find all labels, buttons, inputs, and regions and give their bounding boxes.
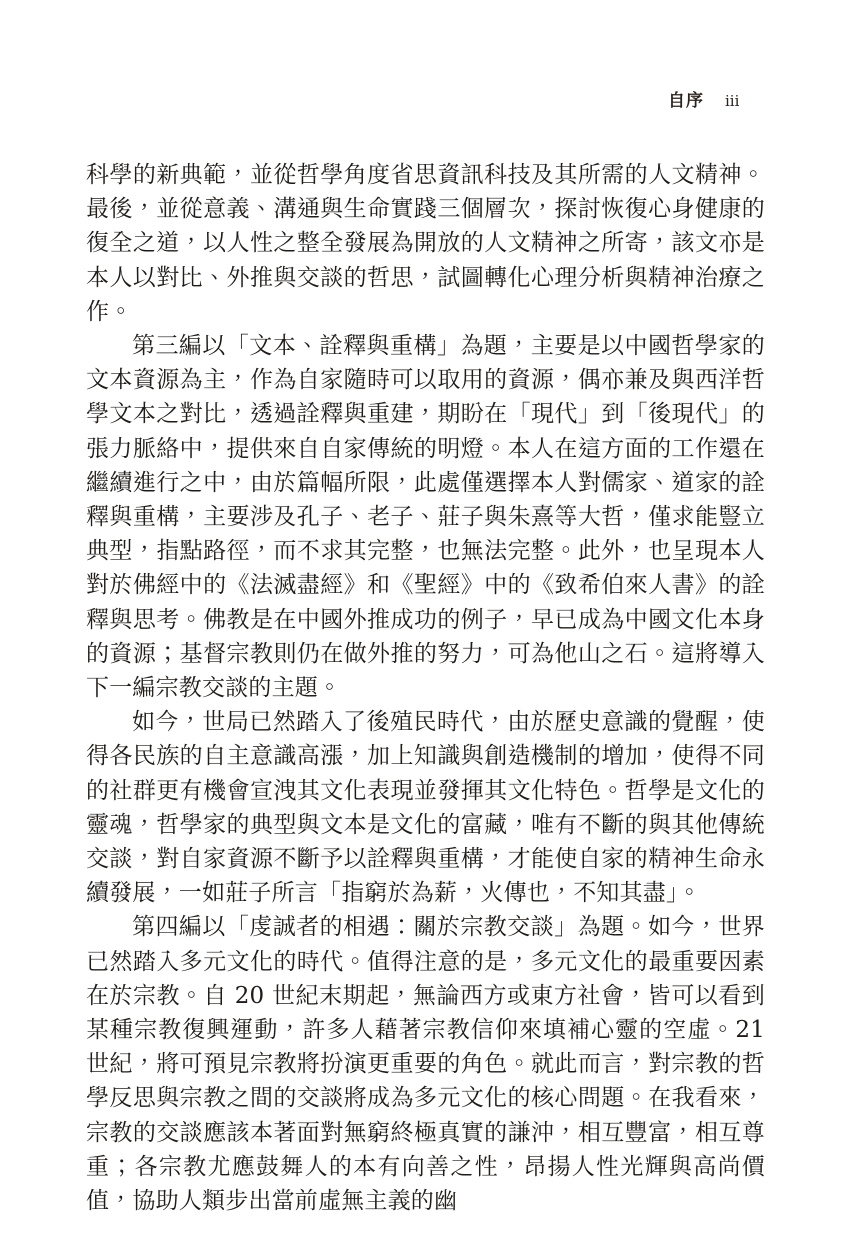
body-text: 科學的新典範，並從哲學角度省思資訊科技及其所需的人文精神。最後，並從意義、溝通與… [86,158,765,1218]
section-title: 自序 [668,86,704,111]
book-page: 自序 iii 科學的新典範，並從哲學角度省思資訊科技及其所需的人文精神。最後，並… [0,0,850,1247]
paragraph-part-three: 第三編以「文本、詮釋與重構」為題，主要是以中國哲學家的文本資源為主，作為自家隨時… [86,329,765,705]
page-number: iii [725,92,739,110]
paragraph-postcolonial: 如今，世局已然踏入了後殖民時代，由於歷史意識的覺醒，使得各民族的自主意識高漲，加… [86,705,765,910]
paragraph-part-four: 第四編以「虔誠者的相遇：關於宗教交談」為題。如今，世界已然踏入多元文化的時代。值… [86,910,765,1218]
paragraph-continuation: 科學的新典範，並從哲學角度省思資訊科技及其所需的人文精神。最後，並從意義、溝通與… [86,158,765,329]
running-head: 自序 iii [668,86,739,111]
